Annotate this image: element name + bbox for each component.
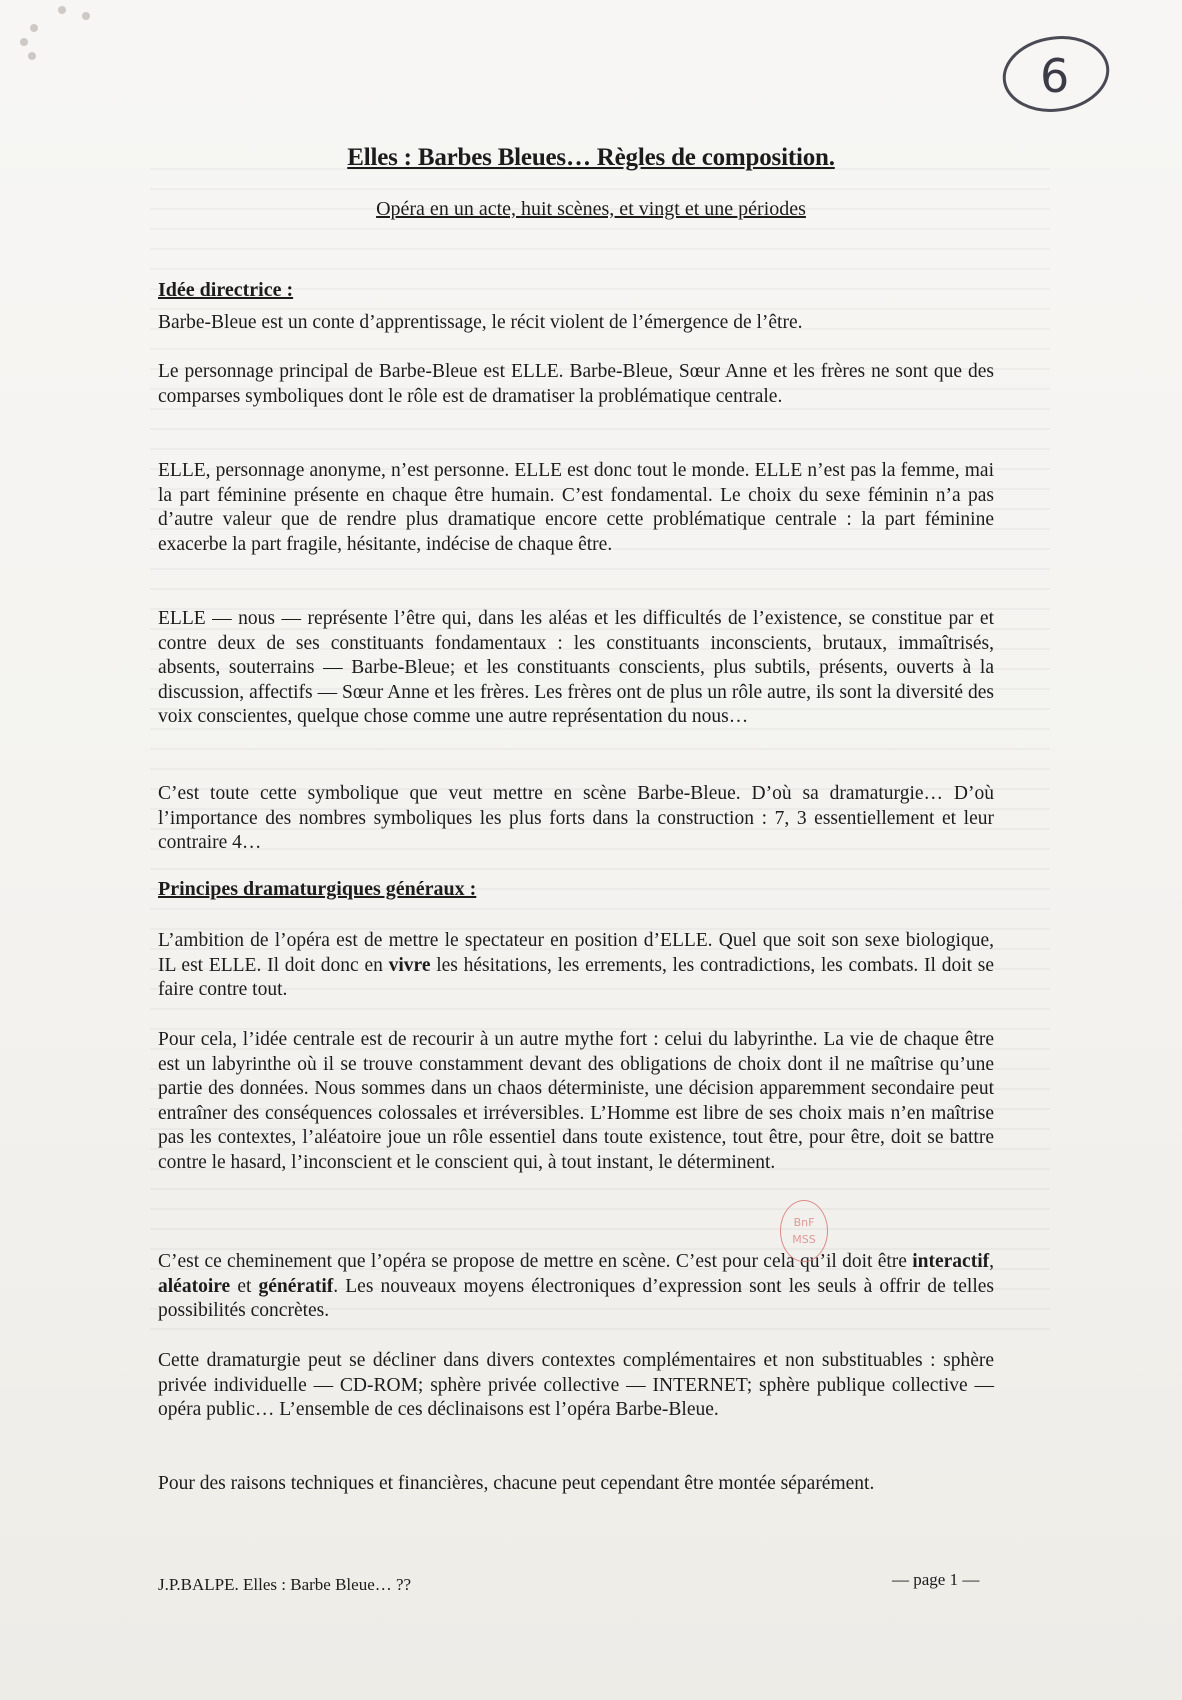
section-heading-principes: Principes dramaturgiques généraux :: [158, 878, 476, 901]
footer-page-number: — page 1 —: [892, 1570, 979, 1590]
paragraph: Pour cela, l’idée centrale est de recour…: [158, 1028, 994, 1175]
emphasis: aléatoire: [158, 1276, 230, 1297]
paragraph: Le personnage principal de Barbe-Bleue e…: [158, 360, 994, 409]
section-heading-idee-directrice: Idée directrice :: [158, 279, 293, 302]
document-page: 6 Elles : Barbes Bleues… Règles de compo…: [0, 0, 1182, 1700]
library-stamp: BnF MSS: [780, 1200, 828, 1262]
paragraph: Pour des raisons techniques et financièr…: [158, 1472, 994, 1497]
footer-author: J.P.BALPE. Elles : Barbe Bleue… ??: [158, 1575, 411, 1595]
paragraph: C’est ce cheminement que l’opéra se prop…: [158, 1250, 994, 1324]
staple-mark: [58, 6, 66, 14]
svg-text:6: 6: [1040, 49, 1069, 103]
emphasis: génératif: [259, 1276, 334, 1297]
paragraph: ELLE — nous — représente l’être qui, dan…: [158, 607, 994, 730]
paragraph: Barbe-Bleue est un conte d’apprentissage…: [158, 311, 994, 336]
paragraph: L’ambition de l’opéra est de mettre le s…: [158, 929, 994, 1003]
emphasis: vivre: [389, 955, 431, 976]
paragraph: ELLE, personnage anonyme, n’est personne…: [158, 459, 994, 557]
staple-mark: [30, 24, 38, 32]
staple-mark: [20, 38, 28, 46]
paragraph: Cette dramaturgie peut se décliner dans …: [158, 1349, 994, 1423]
handwritten-page-number: 6: [1000, 30, 1112, 114]
emphasis: interactif: [912, 1251, 989, 1272]
document-subtitle: Opéra en un acte, huit scènes, et vingt …: [0, 198, 1182, 221]
staple-mark: [28, 52, 36, 60]
document-title: Elles : Barbes Bleues… Règles de composi…: [0, 144, 1182, 172]
paragraph: C’est toute cette symbolique que veut me…: [158, 782, 994, 856]
staple-mark: [82, 12, 90, 20]
